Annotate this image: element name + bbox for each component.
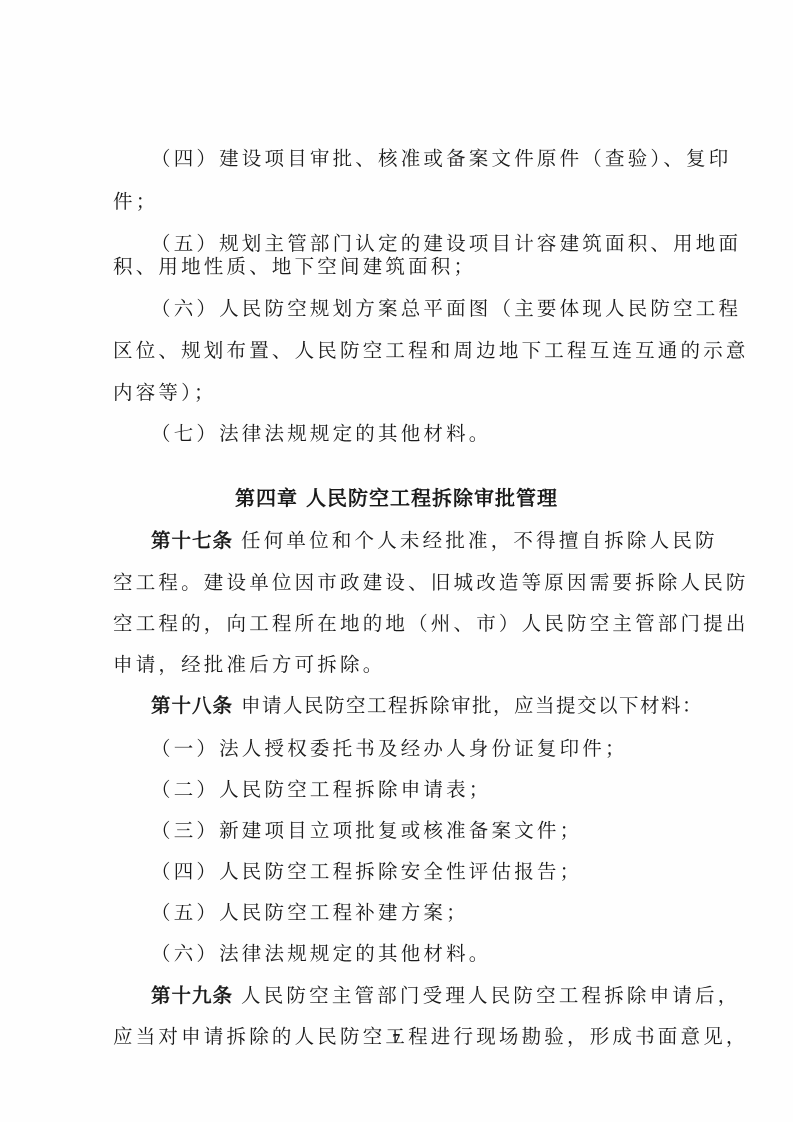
chapter-heading: 第四章 人民防空工程拆除审批管理 [0,484,793,512]
article-18-item-4: （四）人民防空工程拆除安全性评估报告； [151,858,741,886]
article-18-item-6: （六）法律法规规定的其他材料。 [151,940,741,968]
item-7-line: （七）法律法规规定的其他材料。 [151,420,741,448]
article-17-line-3: 空工程的，向工程所在地的地（州、市）人民防空主管部门提出 [113,610,703,638]
article-18-line-1: 第十八条申请人民防空工程拆除审批，应当提交以下材料： [151,692,741,720]
article-17-line-4: 申请，经批准后方可拆除。 [113,651,703,679]
article-18-item-5: （五）人民防空工程补建方案； [151,899,741,927]
article-18-item-1: （一）法人授权委托书及经办人身份证复印件； [151,735,741,763]
article-17-line-1: 第十七条任何单位和个人未经批准，不得擅自拆除人民防 [151,527,741,555]
article-17-label: 第十七条 [151,529,233,552]
article-19-label: 第十九条 [151,984,233,1007]
article-18-item-2: （二）人民防空工程拆除申请表； [151,776,741,804]
article-18-item-3: （三）新建项目立项批复或核准备案文件； [151,817,741,845]
page-number: 7 [0,1032,793,1046]
item-6-line-2: 区位、规划布置、人民防空工程和周边地下工程互连互通的示意 [113,337,703,365]
article-17-line-2: 空工程。建设单位因市政建设、旧城改造等原因需要拆除人民防 [113,569,703,597]
item-4-line-2: 件； [113,188,703,216]
item-5-line-2: 积、用地性质、地下空间建筑面积； [113,253,703,281]
item-6-line-3: 内容等）； [113,379,703,407]
item-6-line-1: （六）人民防空规划方案总平面图（主要体现人民防空工程 [151,295,741,323]
article-18-label: 第十八条 [151,694,233,717]
document-page: （四）建设项目审批、核准或备案文件原件（查验）、复印 件； （五）规划主管部门认… [0,0,793,1122]
article-19-line-1: 第十九条人民防空主管部门受理人民防空工程拆除申请后， [151,982,741,1010]
item-4-line-1: （四）建设项目审批、核准或备案文件原件（查验）、复印 [151,145,741,173]
